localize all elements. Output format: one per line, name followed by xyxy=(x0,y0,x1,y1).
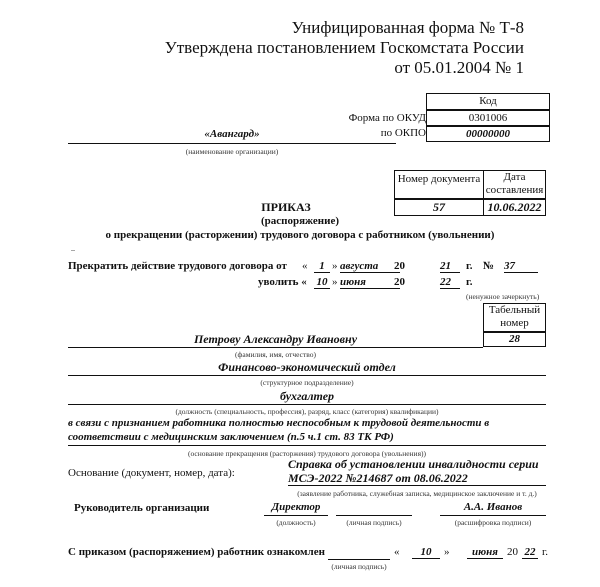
code-header: Код xyxy=(427,94,550,110)
doc-number-header: Номер документа xyxy=(395,171,484,199)
organization-caption: (наименование организации) xyxy=(68,147,396,156)
terminate-year-suffix: г. xyxy=(466,260,473,272)
dismiss-day: 10 xyxy=(314,276,330,289)
codes-table: Код 0301006 00000000 xyxy=(426,93,550,142)
acknowledge-year: 22 xyxy=(522,546,538,559)
head-signature-caption: (личная подпись) xyxy=(336,518,412,527)
doc-date-value: 10.06.2022 xyxy=(484,199,546,216)
organization-line xyxy=(68,143,396,144)
doc-number-value: 57 xyxy=(395,199,484,216)
acknowledge-day: 10 xyxy=(412,546,440,559)
department-name: Финансово-экономический отдел xyxy=(68,360,546,375)
tab-number-table: Табельный номер 28 xyxy=(483,303,546,347)
acknowledge-close-quote: » xyxy=(444,546,450,558)
employee-name-caption: (фамилия, имя, отчество) xyxy=(68,350,483,359)
head-position: Директор xyxy=(264,501,328,513)
employee-name: Петрову Александру Ивановну xyxy=(68,332,483,347)
form-approval: Утверждена постановлением Госкомстата Ро… xyxy=(165,38,524,58)
terminate-open-quote: « xyxy=(302,260,308,272)
okud-label: Форма по ОКУД xyxy=(349,112,426,124)
head-position-caption: (должность) xyxy=(264,518,328,527)
terminate-label: Прекратить действие трудового договора о… xyxy=(68,260,287,272)
order-subtitle: (распоряжение) xyxy=(0,215,600,227)
form-title: Унифицированная форма № Т-8 xyxy=(292,18,524,38)
terminate-day: 1 xyxy=(314,260,330,273)
organization-name: «Авангард» xyxy=(68,128,396,140)
dismiss-century: 20 xyxy=(394,276,405,288)
terminate-number: 37 xyxy=(504,260,538,273)
okpo-value: 00000000 xyxy=(427,126,550,142)
basis-line-1: Справка об установлении инвалидности сер… xyxy=(288,457,539,472)
basis-line xyxy=(288,485,546,486)
position-name: бухгалтер xyxy=(68,389,546,404)
order-description: о прекращении (расторжении) трудового до… xyxy=(0,229,600,241)
terminate-year: 21 xyxy=(440,260,460,273)
acknowledge-label: С приказом (распоряжением) работник озна… xyxy=(68,546,325,558)
head-label: Руководитель организации xyxy=(74,502,209,514)
basis-label: Основание (документ, номер, дата): xyxy=(68,467,235,479)
basis-line-2: МСЭ-2022 №214687 от 08.06.2022 xyxy=(288,471,468,486)
head-name: А.А. Иванов xyxy=(440,501,546,513)
terminate-century: 20 xyxy=(394,260,405,272)
reason-line-1: в связи с признанием работника полностью… xyxy=(68,417,489,429)
position-line xyxy=(68,404,546,405)
okud-value: 0301006 xyxy=(427,110,550,126)
basis-caption: (заявление работника, служебная записка,… xyxy=(288,489,546,498)
acknowledge-signature-caption: (личная подпись) xyxy=(328,562,390,571)
department-caption: (структурное подразделение) xyxy=(68,378,546,387)
dismiss-year-suffix: г. xyxy=(466,276,473,288)
tab-number-header: Табельный номер xyxy=(484,304,546,332)
position-caption: (должность (специальность, профессия), р… xyxy=(68,407,546,416)
head-name-line xyxy=(440,515,546,516)
doc-date-header: Дата составления xyxy=(484,171,546,199)
employee-name-line xyxy=(68,347,483,348)
department-line xyxy=(68,375,546,376)
acknowledge-open-quote: « xyxy=(394,546,400,558)
terminate-month: августа xyxy=(340,260,400,273)
acknowledge-month: июня xyxy=(467,546,503,559)
tab-number-value: 28 xyxy=(484,332,546,347)
form-approval-date: от 05.01.2004 № 1 xyxy=(394,58,524,78)
dismiss-close-quote: » xyxy=(332,276,338,288)
dismiss-month: июня xyxy=(340,276,400,289)
head-position-line xyxy=(264,515,328,516)
dismiss-year: 22 xyxy=(440,276,460,289)
document-number-table: Номер документа Дата составления 57 10.0… xyxy=(394,170,546,216)
reason-line xyxy=(68,445,546,446)
head-name-caption: (расшифровка подписи) xyxy=(440,518,546,527)
terminate-close-quote: » xyxy=(332,260,338,272)
terminate-number-sign: № xyxy=(483,260,494,272)
dismiss-note: (ненужное зачеркнуть) xyxy=(466,292,539,301)
acknowledge-year-suffix: г. xyxy=(542,546,548,558)
order-title: ПРИКАЗ xyxy=(226,200,346,215)
marks: .. xyxy=(71,244,75,253)
head-signature-line[interactable] xyxy=(336,515,412,516)
reason-line-2: соответствии с медицинским заключением (… xyxy=(68,431,394,443)
acknowledge-century: 20 xyxy=(507,546,518,558)
acknowledge-signature-line[interactable] xyxy=(328,559,390,560)
dismiss-label: уволить « xyxy=(258,276,307,288)
